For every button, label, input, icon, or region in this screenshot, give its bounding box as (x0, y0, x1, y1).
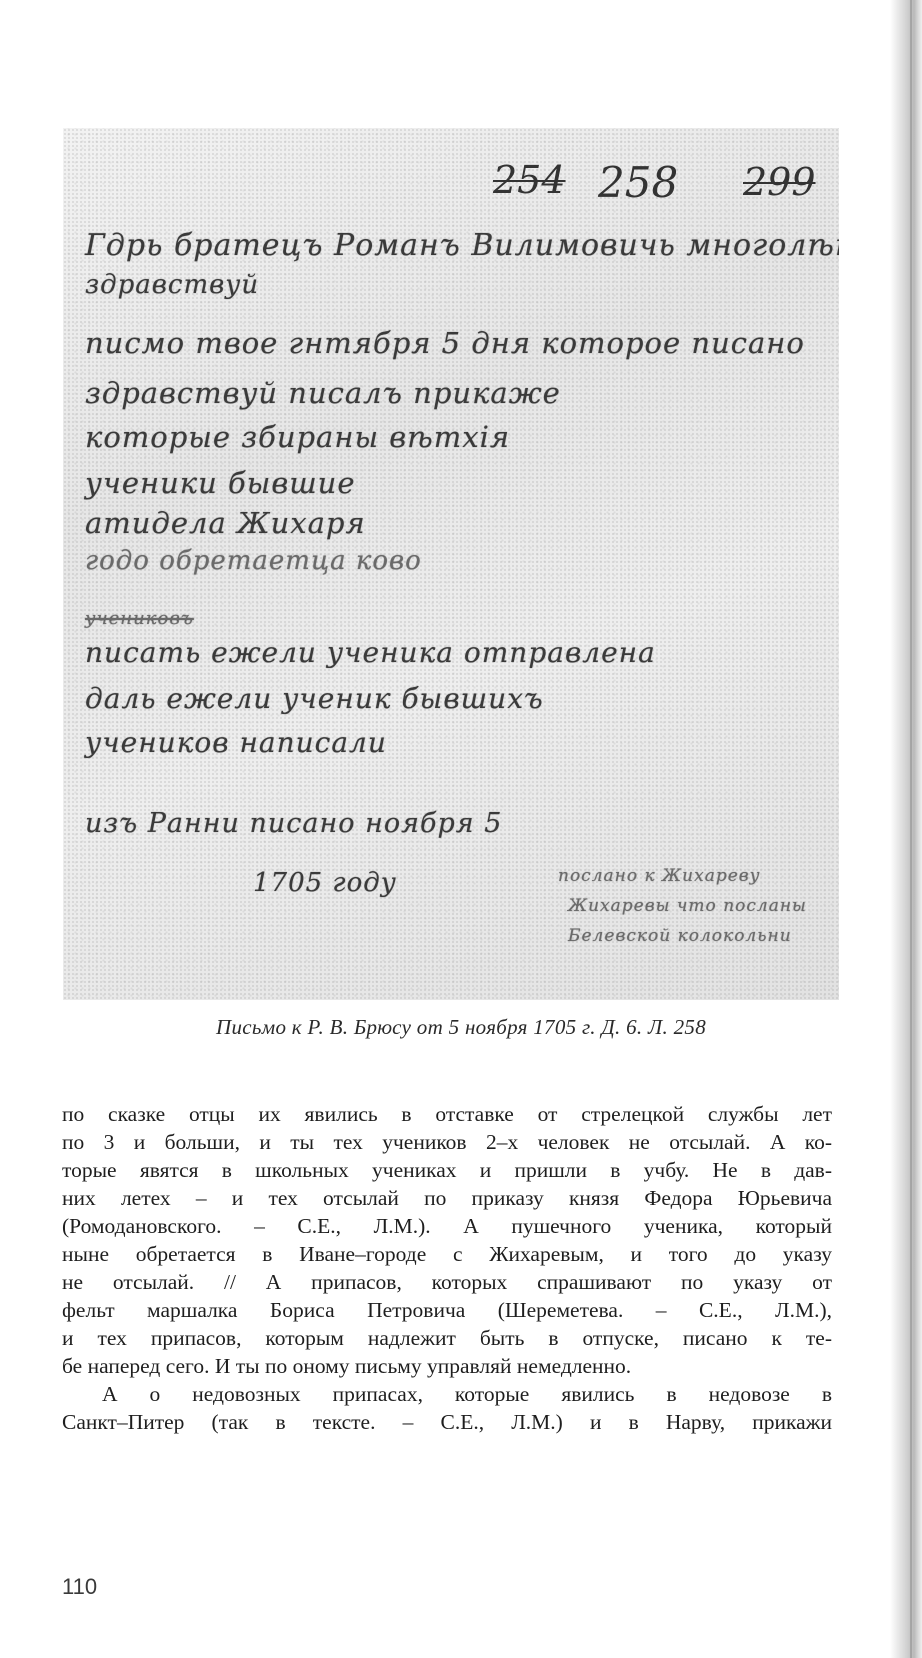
manuscript-photo: 254 258 299 Гдрь братецъ Романъ Вилимови… (63, 128, 839, 1000)
book-gutter-edge (910, 0, 912, 1658)
text-line: по сказке отцы их явились в отставке от … (62, 1100, 832, 1128)
text-line: по 3 и больши, и ты тех учеников 2–х чел… (62, 1128, 832, 1156)
manuscript-line: учеников написали (85, 726, 387, 759)
manuscript-line: которые збираны вѣтхія (85, 420, 510, 454)
body-text: по сказке отцы их явились в отставке от … (62, 1100, 832, 1436)
manuscript-line: здравствуй писалъ прикаже (85, 376, 561, 410)
text-line: не отсылай. // А припасов, которых спраш… (62, 1268, 832, 1296)
manuscript-line: ученики бывшие (85, 466, 356, 500)
folio-number-struck-left: 254 (493, 158, 566, 202)
figure-caption: Письмо к Р. В. Брюсу от 5 ноября 1705 г.… (0, 1015, 922, 1040)
text-line: ныне обретается в Иване–городе с Жихарев… (62, 1240, 832, 1268)
page-number: 110 (62, 1574, 97, 1600)
manuscript-line: годо обретаетца ково (85, 546, 422, 576)
manuscript-line: здравствуй (85, 270, 259, 300)
book-page: 254 258 299 Гдрь братецъ Романъ Вилимови… (0, 0, 922, 1658)
manuscript-line: Гдрь братецъ Романъ Вилимовичь многолѣтн… (85, 228, 839, 263)
folio-number-current: 258 (598, 158, 678, 207)
marginal-note-line: послано к Жихареву (558, 866, 761, 886)
manuscript-line: даль ежели ученик бывшихъ (85, 682, 544, 715)
manuscript-line: изъ Ранни писано ноября 5 (85, 808, 502, 839)
manuscript-line: 1705 году (253, 868, 397, 898)
book-gutter-shadow (890, 0, 922, 1658)
manuscript-line: писать ежели ученика отправлена (85, 636, 656, 669)
text-line: и тех припасов, которым надлежит быть в … (62, 1324, 832, 1352)
text-line: фельт маршалка Бориса Петровича (Шеремет… (62, 1296, 832, 1324)
text-line: бе наперед сего. И ты по оному письму уп… (62, 1352, 832, 1380)
text-line: них летех – и тех отсылай по приказу кня… (62, 1184, 832, 1212)
marginal-note-line: Белевской колокольни (568, 926, 792, 946)
text-line: торые явятся в школьных учениках и пришл… (62, 1156, 832, 1184)
manuscript-line: атидела Жихаря (85, 506, 366, 540)
manuscript-line: писмо твое гнтября 5 дня которое писано (85, 326, 805, 360)
text-line: А о недовозных припасах, которые явились… (62, 1380, 832, 1408)
text-line: (Ромодановского. – С.Е., Л.М.). А пушечн… (62, 1212, 832, 1240)
manuscript-line: учениковъ (85, 608, 194, 629)
marginal-note-line: Жихаревы что посланы (568, 896, 807, 916)
text-line: Санкт–Питер (так в тексте. – С.Е., Л.М.)… (62, 1408, 832, 1436)
folio-number-struck-right: 299 (743, 160, 816, 204)
